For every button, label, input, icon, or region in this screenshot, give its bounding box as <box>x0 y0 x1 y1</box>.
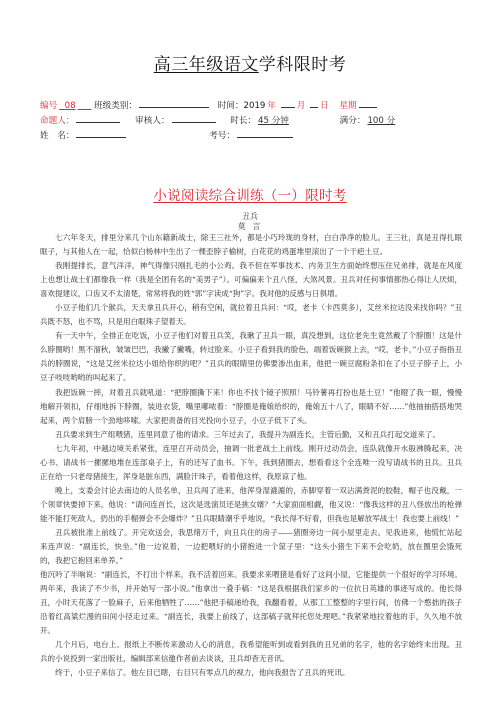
story-body: 七六年冬天，排里分来几个山东籍新战士，除王三社外，都是小巧玲珑的身材，白白净净的… <box>40 231 462 681</box>
number-label: 编号 <box>40 101 57 111</box>
author-field[interactable] <box>76 113 120 123</box>
page-title-rest: 学科限时考 <box>259 55 347 75</box>
author-label: 命题人： <box>40 116 74 126</box>
day-label: 日 <box>320 101 329 111</box>
paragraph: 我把饭碗一摔，对着丑兵就吼道：“把脖圈撕下来！你也不找个镜子照照！马铃薯再打扮也… <box>40 386 462 428</box>
paragraph: 几个月后，电台上、报纸上不断传来激动人心的消息，我希望能听到或看到我的丑兄弟的名… <box>40 638 462 666</box>
page-title-underlined: 高三年级语文 <box>154 55 259 75</box>
year-label: 年 <box>267 101 276 111</box>
name-label: 姓 名： <box>40 131 74 141</box>
number-value: 08 <box>59 101 91 111</box>
page-title: 高三年级语文学科限时考 <box>0 50 500 75</box>
month-label: 月 <box>297 101 306 111</box>
name-field[interactable] <box>76 128 126 138</box>
paragraph: 我刚提排长，意气洋洋，神气得像只刚扎毛的小公鸡。我不但在军事技术、内务卫生方面始… <box>40 259 462 301</box>
paragraph: 七六年冬天，排里分来几个山东籍新战士，除王三社外，都是小巧玲珑的身材，白白净净的… <box>40 231 462 259</box>
time-label: 时间：2019 <box>218 101 266 111</box>
fullscore-value: 100 分 <box>367 116 395 126</box>
paragraph: 小豆子他们几个猴兵，天天拿丑兵开心，稍有空闲，就拉着丑兵问：“哎，老卡（卡西莫多… <box>40 301 462 329</box>
month-field[interactable] <box>281 98 295 108</box>
section-title: 小说阅读综合训练（一）限时考 <box>0 184 500 204</box>
meta-row-1: 编号 08 班级类别： 时间：2019年 月 日 星期 <box>40 98 379 111</box>
paragraph: 他沉吟了半晌说：“副连长，不打出个样来，我不活着回来。我要求来喂猪是看好了这间小… <box>40 568 462 638</box>
class-field[interactable] <box>139 98 209 108</box>
reviewer-field[interactable] <box>172 113 216 123</box>
weekday-label: 星期 <box>339 101 356 111</box>
paragraph: 丑兵要求到生产组喂猪，连里同意了他的请求。三年过去了，我提升为副连长，主管后勤，… <box>40 428 462 442</box>
meta-row-3: 姓 名： 考号： <box>40 128 295 141</box>
weekday-field[interactable] <box>359 98 377 108</box>
duration-label: 时长： <box>230 116 256 126</box>
duration-value: 45 分钟 <box>258 116 289 126</box>
paragraph: 终于，小豆子来信了。他左目已瞎，右目只有零点几的视力，他向我报告了丑兵的死讯。 <box>40 666 462 680</box>
fullscore-label: 满分： <box>340 116 366 126</box>
paragraph: 七九年初，中越边境关系紧张，连里召开动员会，抽调一批老战士上前线。刚开过动员会，… <box>40 442 462 484</box>
examno-label: 考号： <box>209 131 235 141</box>
reviewer-label: 审核人： <box>135 116 169 126</box>
examno-field[interactable] <box>237 128 293 138</box>
day-field[interactable] <box>310 98 318 108</box>
meta-row-2: 命题人： 审核人： 时长：45 分钟 满分：100 分 <box>40 113 397 126</box>
class-label: 班级类别： <box>94 101 137 111</box>
paragraph: 丑兵被批准上前线了。开完欢送会，我思绪万千，向丑兵住的房子——猪圈旁边一间小屋里… <box>40 526 462 568</box>
paragraph: 晚上，支委会讨论去南边的人员名单，丑兵闯了进来，他浑身湿漉漉的，赤脚穿着一双沾满… <box>40 484 462 526</box>
paragraph: 有一天中午，全排正在吃饭，小豆子他们对着丑兵笑，我瞅了丑兵一眼，真没想到，这位老… <box>40 329 462 385</box>
